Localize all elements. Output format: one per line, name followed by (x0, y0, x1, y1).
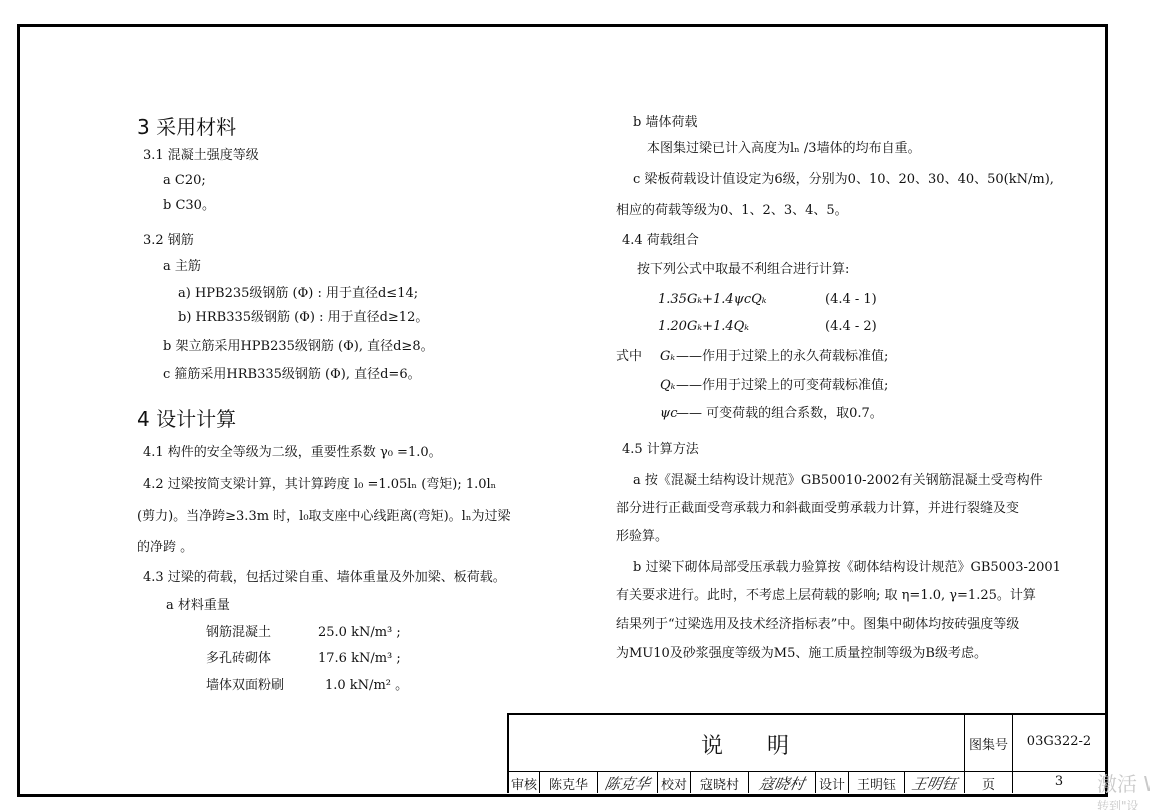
section-4-5-b-line4: 为MU10及砂浆强度等级为M5、施工质量控制等级为B级考虑。 (616, 646, 987, 662)
section-3-2-a-a: a) HPB235级钢筋 (Φ) : 用于直径d≤14; (178, 286, 418, 302)
section-4-3-c-line2: 相应的荷载等级为0、1、2、3、4、5。 (616, 203, 848, 219)
section-4-3: 4.3 过梁的荷载，包括过梁自重、墙体重量及外加梁、板荷载。 (143, 570, 506, 586)
section-4-3-a: a 材料重量 (166, 598, 230, 614)
definition-text: —— 可变荷载的组合系数，取0.7。 (676, 406, 883, 422)
checker-name: 寇晓村 (691, 774, 748, 793)
reviewer-name: 陈克华 (540, 774, 597, 793)
atlas-number: 03G322-2 (1013, 734, 1105, 749)
formula-expression: 1.35Gₖ+1.4ψcQₖ (658, 292, 767, 308)
definition-text: ——作用于过梁上的可变荷载标准值; (676, 378, 888, 394)
formula-number: (4.4 - 2) (825, 319, 877, 335)
section-4-2-line3: 的净跨 。 (137, 540, 193, 556)
page-label: 页 (965, 774, 1012, 793)
section-4-5-a-line2: 部分进行正截面受弯承载力和斜截面受剪承载力计算，并进行裂缝及变 (616, 501, 1019, 517)
where-label: 式中 (616, 349, 642, 365)
material-name: 钢筋混凝土 (206, 625, 271, 641)
section-4-5-b-line1: b 过梁下砌体局部受压承载力验算按《砌体结构设计规范》GB5003-2001 (633, 560, 1061, 576)
section-4-2-line2: (剪力)。当净跨≥3.3m 时，l₀取支座中心线距离(弯矩)。lₙ为过梁 (137, 509, 510, 525)
material-value: 1.0 kN/m² 。 (325, 678, 408, 694)
section-3-2-a: a 主筋 (163, 259, 201, 275)
section-3-2-a-b: b) HRB335级钢筋 (Φ) : 用于直径d≥12。 (178, 310, 428, 326)
formula-expression: 1.20Gₖ+1.4Qₖ (658, 319, 749, 335)
reviewer-signature: 陈克华 (596, 773, 659, 794)
section-3-1-b: b C30。 (163, 198, 215, 214)
formula-number: (4.4 - 1) (825, 292, 877, 308)
material-value: 25.0 kN/m³ ; (318, 625, 401, 641)
section-3-1: 3.1 混凝土强度等级 (143, 148, 259, 164)
designer-name: 王明钰 (849, 774, 904, 793)
activation-watermark-title: 激活 W (1097, 768, 1150, 797)
drawing-title: 说明 (617, 729, 917, 760)
definition-symbol: Qₖ (660, 378, 675, 394)
section-4-5: 4.5 计算方法 (622, 442, 699, 458)
section-4-3-b: b 墙体荷载 (633, 115, 697, 131)
atlas-number-label: 图集号 (965, 734, 1012, 753)
section-4-4: 4.4 荷载组合 (622, 233, 699, 249)
design-label: 设计 (816, 774, 848, 793)
designer-signature: 王明钰 (903, 773, 966, 794)
section-3-2-b: b 架立筋采用HPB235级钢筋 (Φ), 直径d≥8。 (163, 339, 434, 355)
section-4-5-a-line1: a 按《混凝土结构设计规范》GB50010-2002有关钢筋混凝土受弯构件 (633, 473, 1043, 489)
page-number: 3 (1013, 774, 1105, 789)
section-4-5-b-line2: 有关要求进行。此时，不考虑上层荷载的影响; 取 η=1.0, γ=1.25。计算 (616, 588, 1036, 604)
section-3-2: 3.2 钢筋 (143, 233, 194, 249)
material-name: 墙体双面粉刷 (206, 678, 284, 694)
material-name: 多孔砖砌体 (206, 651, 271, 667)
section-4-5-a-line3: 形验算。 (616, 529, 668, 545)
section-3-1-a: a C20; (163, 173, 206, 189)
section-4-4-intro: 按下列公式中取最不利组合进行计算: (637, 262, 849, 278)
review-label: 审核 (509, 774, 539, 793)
material-value: 17.6 kN/m³ ; (318, 651, 401, 667)
activation-watermark-subtitle: 转到"设 (1097, 797, 1139, 810)
section-3-2-c: c 箍筋采用HRB335级钢筋 (Φ), 直径d=6。 (163, 367, 421, 383)
definition-symbol: ψc (660, 406, 677, 422)
section-4-3-c-line1: c 梁板荷载设计值设定为6级，分别为0、10、20、30、40、50(kN/m)… (633, 172, 1054, 188)
section-4-heading: 4 设计计算 (137, 407, 236, 431)
title-block-top-line (507, 713, 1105, 715)
definition-symbol: Gₖ (660, 349, 675, 365)
section-4-1: 4.1 构件的安全等级为二级，重要性系数 γ₀ =1.0。 (143, 445, 442, 461)
section-4-3-b-text: 本图集过梁已计入高度为lₙ /3墙体的均布自重。 (647, 141, 921, 157)
section-3-heading: 3 采用材料 (137, 115, 236, 139)
definition-text: ——作用于过梁上的永久荷载标准值; (676, 349, 888, 365)
section-4-2-line1: 4.2 过梁按简支梁计算，其计算跨度 l₀ =1.05lₙ (弯矩); 1.0l… (143, 477, 496, 493)
checker-signature: 寇晓村 (747, 773, 817, 794)
section-4-5-b-line3: 结果列于“过梁选用及技术经济指标表”中。图集中砌体均按砖强度等级 (616, 617, 1019, 633)
title-block: 说明 图集号 03G322-2 审核 陈克华 陈克华 校对 寇晓村 寇晓村 设计… (507, 713, 1105, 793)
check-label: 校对 (658, 774, 690, 793)
